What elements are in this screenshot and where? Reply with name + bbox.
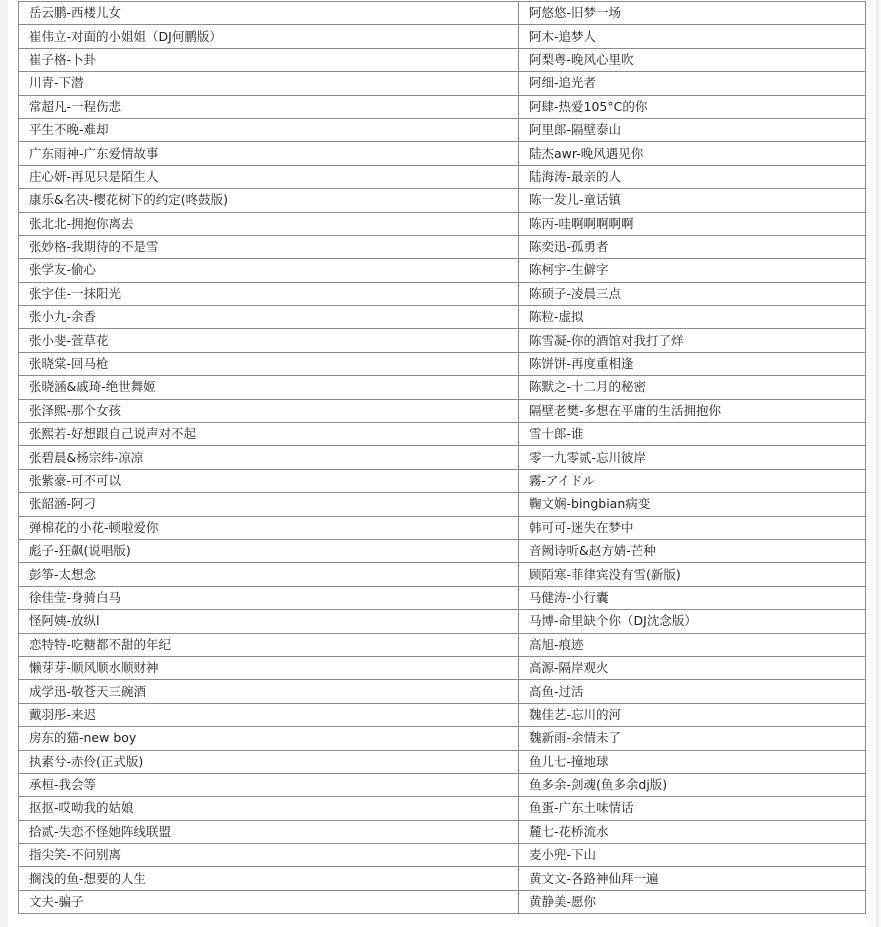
table-row: 拾贰-失恋不怪她阵线联盟麓七-花桥流水 bbox=[19, 820, 866, 843]
song-cell-left: 徐佳莹-身骑白马 bbox=[19, 586, 519, 609]
table-row: 指尖笑-不问别离麦小兜-下山 bbox=[19, 844, 866, 867]
song-cell-right: 鱼多余-剑魂(鱼多余dj版) bbox=[519, 773, 866, 796]
table-row: 张碧晨&杨宗纬-凉凉零一九零贰-忘川彼岸 bbox=[19, 446, 866, 469]
song-cell-left: 崔子格-卜卦 bbox=[19, 48, 519, 71]
song-cell-right: 韩可可-迷失在梦中 bbox=[519, 516, 866, 539]
table-row: 张宇佳-一抹阳光陈硕子-凌晨三点 bbox=[19, 282, 866, 305]
scrollbar-track[interactable] bbox=[876, 0, 879, 927]
song-cell-left: 搁浅的鱼-想要的人生 bbox=[19, 867, 519, 890]
table-row: 张晓棠-回马枪陈饼饼-再度重相逢 bbox=[19, 352, 866, 375]
table-row: 张小斐-萱草花陈雪凝-你的酒馆对我打了烊 bbox=[19, 329, 866, 352]
song-cell-right: 高旭-痕迹 bbox=[519, 633, 866, 656]
song-cell-left: 指尖笑-不问别离 bbox=[19, 844, 519, 867]
song-cell-left: 川青-下潜 bbox=[19, 72, 519, 95]
song-cell-left: 张学友-偷心 bbox=[19, 259, 519, 282]
song-cell-right: 马健涛-小行囊 bbox=[519, 586, 866, 609]
table-row: 彭筝-太想念顾陌寒-菲律宾没有雪(新版) bbox=[19, 563, 866, 586]
song-cell-right: 陈默之-十二月的秘密 bbox=[519, 376, 866, 399]
table-row: 执素兮-赤伶(正式版)鱼儿七-撞地球 bbox=[19, 750, 866, 773]
table-row: 张熙若-好想跟自己说声对不起雪十郎-谁 bbox=[19, 423, 866, 446]
table-row: 张泽熙-那个女孩隔壁老樊-多想在平庸的生活拥抱你 bbox=[19, 399, 866, 422]
song-cell-left: 成学迅-敬苍天三碗酒 bbox=[19, 680, 519, 703]
table-row: 张妙格-我期待的不是雪陈奕迅-孤勇者 bbox=[19, 235, 866, 258]
song-cell-left: 常超凡-一程伤悲 bbox=[19, 95, 519, 118]
table-row: 张紫豪-可不可以霧-アイドル bbox=[19, 469, 866, 492]
song-list-table: 岳云鹏-西楼儿女阿悠悠-旧梦一场崔伟立-对面的小姐姐（DJ何鹏版）阿木-追梦人崔… bbox=[18, 1, 866, 914]
table-row: 广东雨神-广东爱情故事陆杰awr-晚风遇见你 bbox=[19, 142, 866, 165]
song-cell-left: 张妙格-我期待的不是雪 bbox=[19, 235, 519, 258]
song-cell-right: 魏新雨-余情未了 bbox=[519, 727, 866, 750]
table-row: 戴羽彤-来迟魏佳艺-忘川的河 bbox=[19, 703, 866, 726]
song-cell-right: 音阙诗听&赵方婧-芒种 bbox=[519, 539, 866, 562]
table-row: 崔子格-卜卦阿梨粤-晚风心里吹 bbox=[19, 48, 866, 71]
song-cell-right: 黄静美-愿你 bbox=[519, 890, 866, 913]
song-cell-right: 顾陌寒-菲律宾没有雪(新版) bbox=[519, 563, 866, 586]
table-row: 房东的猫-new boy魏新雨-余情未了 bbox=[19, 727, 866, 750]
table-row: 彪子-狂飙(说唱版)音阙诗听&赵方婧-芒种 bbox=[19, 539, 866, 562]
table-row: 常超凡-一程伤悲阿肆-热爱105°C的你 bbox=[19, 95, 866, 118]
song-cell-right: 零一九零贰-忘川彼岸 bbox=[519, 446, 866, 469]
song-cell-left: 房东的猫-new boy bbox=[19, 727, 519, 750]
table-row: 岳云鹏-西楼儿女阿悠悠-旧梦一场 bbox=[19, 2, 866, 25]
table-row: 怪阿姨-放纵l马博-命里缺个你（DJ沈念版） bbox=[19, 610, 866, 633]
song-cell-right: 陈饼饼-再度重相逢 bbox=[519, 352, 866, 375]
song-cell-right: 陈一发儿-童话镇 bbox=[519, 189, 866, 212]
song-cell-left: 张韶涵-阿刁 bbox=[19, 493, 519, 516]
song-cell-left: 怪阿姨-放纵l bbox=[19, 610, 519, 633]
song-cell-right: 黄文文-各路神仙拜一遍 bbox=[519, 867, 866, 890]
song-cell-left: 张小斐-萱草花 bbox=[19, 329, 519, 352]
song-cell-right: 隔壁老樊-多想在平庸的生活拥抱你 bbox=[519, 399, 866, 422]
song-cell-right: 马博-命里缺个你（DJ沈念版） bbox=[519, 610, 866, 633]
song-cell-left: 庄心妍-再见只是陌生人 bbox=[19, 165, 519, 188]
song-cell-left: 平生不晚-难却 bbox=[19, 118, 519, 141]
song-cell-right: 陈雪凝-你的酒馆对我打了烊 bbox=[519, 329, 866, 352]
song-cell-left: 张碧晨&杨宗纬-凉凉 bbox=[19, 446, 519, 469]
song-cell-left: 张宇佳-一抹阳光 bbox=[19, 282, 519, 305]
song-cell-right: 陆杰awr-晚风遇见你 bbox=[519, 142, 866, 165]
table-row: 弹棉花的小花-顿啦爱你韩可可-迷失在梦中 bbox=[19, 516, 866, 539]
song-cell-left: 拾贰-失恋不怪她阵线联盟 bbox=[19, 820, 519, 843]
song-cell-right: 阿里郎-隔壁泰山 bbox=[519, 118, 866, 141]
song-cell-left: 张北北-拥抱你离去 bbox=[19, 212, 519, 235]
song-cell-right: 鱼儿七-撞地球 bbox=[519, 750, 866, 773]
song-cell-right: 陆海涛-最亲的人 bbox=[519, 165, 866, 188]
song-cell-left: 岳云鹏-西楼儿女 bbox=[19, 2, 519, 25]
song-cell-left: 彪子-狂飙(说唱版) bbox=[19, 539, 519, 562]
song-cell-right: 陈丙-哇啊啊啊啊啊 bbox=[519, 212, 866, 235]
table-row: 庄心妍-再见只是陌生人陆海涛-最亲的人 bbox=[19, 165, 866, 188]
song-cell-right: 麦小兜-下山 bbox=[519, 844, 866, 867]
song-cell-right: 陈柯宇-生僻字 bbox=[519, 259, 866, 282]
song-cell-left: 康乐&名决-樱花树下的约定(咚鼓版) bbox=[19, 189, 519, 212]
table-row: 川青-下潜阿细-追光者 bbox=[19, 72, 866, 95]
song-cell-left: 彭筝-太想念 bbox=[19, 563, 519, 586]
song-cell-left: 张泽熙-那个女孩 bbox=[19, 399, 519, 422]
song-cell-right: 霧-アイドル bbox=[519, 469, 866, 492]
song-cell-left: 戴羽彤-来迟 bbox=[19, 703, 519, 726]
song-cell-right: 阿梨粤-晚风心里吹 bbox=[519, 48, 866, 71]
song-cell-right: 陈硕子-凌晨三点 bbox=[519, 282, 866, 305]
song-cell-left: 张熙若-好想跟自己说声对不起 bbox=[19, 423, 519, 446]
table-row: 恋特特-吃糖都不甜的年纪高旭-痕迹 bbox=[19, 633, 866, 656]
song-cell-left: 张晓棠-回马枪 bbox=[19, 352, 519, 375]
song-list-body: 岳云鹏-西楼儿女阿悠悠-旧梦一场崔伟立-对面的小姐姐（DJ何鹏版）阿木-追梦人崔… bbox=[19, 2, 866, 914]
song-cell-left: 崔伟立-对面的小姐姐（DJ何鹏版） bbox=[19, 25, 519, 48]
song-cell-right: 鱼蛋-广东土味情话 bbox=[519, 797, 866, 820]
song-cell-left: 文夫-骗子 bbox=[19, 890, 519, 913]
table-row: 张北北-拥抱你离去陈丙-哇啊啊啊啊啊 bbox=[19, 212, 866, 235]
song-cell-right: 魏佳艺-忘川的河 bbox=[519, 703, 866, 726]
song-cell-right: 麓七-花桥流水 bbox=[519, 820, 866, 843]
song-cell-right: 陈粒-虚拟 bbox=[519, 306, 866, 329]
table-row: 徐佳莹-身骑白马马健涛-小行囊 bbox=[19, 586, 866, 609]
song-cell-left: 恋特特-吃糖都不甜的年纪 bbox=[19, 633, 519, 656]
song-cell-right: 雪十郎-谁 bbox=[519, 423, 866, 446]
table-row: 康乐&名决-樱花树下的约定(咚鼓版)陈一发儿-童话镇 bbox=[19, 189, 866, 212]
song-cell-left: 张紫豪-可不可以 bbox=[19, 469, 519, 492]
song-cell-left: 承桓-我会等 bbox=[19, 773, 519, 796]
song-cell-right: 阿细-追光者 bbox=[519, 72, 866, 95]
song-cell-left: 抠抠-哎呦我的姑娘 bbox=[19, 797, 519, 820]
song-cell-right: 鞠文娴-bingbian病变 bbox=[519, 493, 866, 516]
song-cell-left: 广东雨神-广东爱情故事 bbox=[19, 142, 519, 165]
song-cell-right: 陈奕迅-孤勇者 bbox=[519, 235, 866, 258]
table-row: 文夫-骗子黄静美-愿你 bbox=[19, 890, 866, 913]
song-cell-right: 高源-隔岸观火 bbox=[519, 656, 866, 679]
table-row: 张学友-偷心陈柯宇-生僻字 bbox=[19, 259, 866, 282]
song-cell-right: 阿木-追梦人 bbox=[519, 25, 866, 48]
table-row: 平生不晚-难却阿里郎-隔壁泰山 bbox=[19, 118, 866, 141]
left-margin bbox=[0, 0, 8, 927]
table-row: 张小九-余香陈粒-虚拟 bbox=[19, 306, 866, 329]
table-row: 成学迅-敬苍天三碗酒高鱼-过活 bbox=[19, 680, 866, 703]
song-cell-left: 执素兮-赤伶(正式版) bbox=[19, 750, 519, 773]
song-cell-right: 高鱼-过活 bbox=[519, 680, 866, 703]
song-cell-right: 阿肆-热爱105°C的你 bbox=[519, 95, 866, 118]
table-row: 搁浅的鱼-想要的人生黄文文-各路神仙拜一遍 bbox=[19, 867, 866, 890]
right-margin bbox=[868, 0, 881, 927]
table-row: 崔伟立-对面的小姐姐（DJ何鹏版）阿木-追梦人 bbox=[19, 25, 866, 48]
table-row: 张晓涵&戚琦-绝世舞姬陈默之-十二月的秘密 bbox=[19, 376, 866, 399]
table-row: 抠抠-哎呦我的姑娘鱼蛋-广东土味情话 bbox=[19, 797, 866, 820]
song-cell-right: 阿悠悠-旧梦一场 bbox=[519, 2, 866, 25]
song-cell-left: 张晓涵&戚琦-绝世舞姬 bbox=[19, 376, 519, 399]
table-row: 张韶涵-阿刁鞠文娴-bingbian病变 bbox=[19, 493, 866, 516]
table-row: 懒芽芽-顺风顺水顺财神高源-隔岸观火 bbox=[19, 656, 866, 679]
table-row: 承桓-我会等鱼多余-剑魂(鱼多余dj版) bbox=[19, 773, 866, 796]
song-cell-left: 懒芽芽-顺风顺水顺财神 bbox=[19, 656, 519, 679]
song-cell-left: 张小九-余香 bbox=[19, 306, 519, 329]
song-cell-left: 弹棉花的小花-顿啦爱你 bbox=[19, 516, 519, 539]
